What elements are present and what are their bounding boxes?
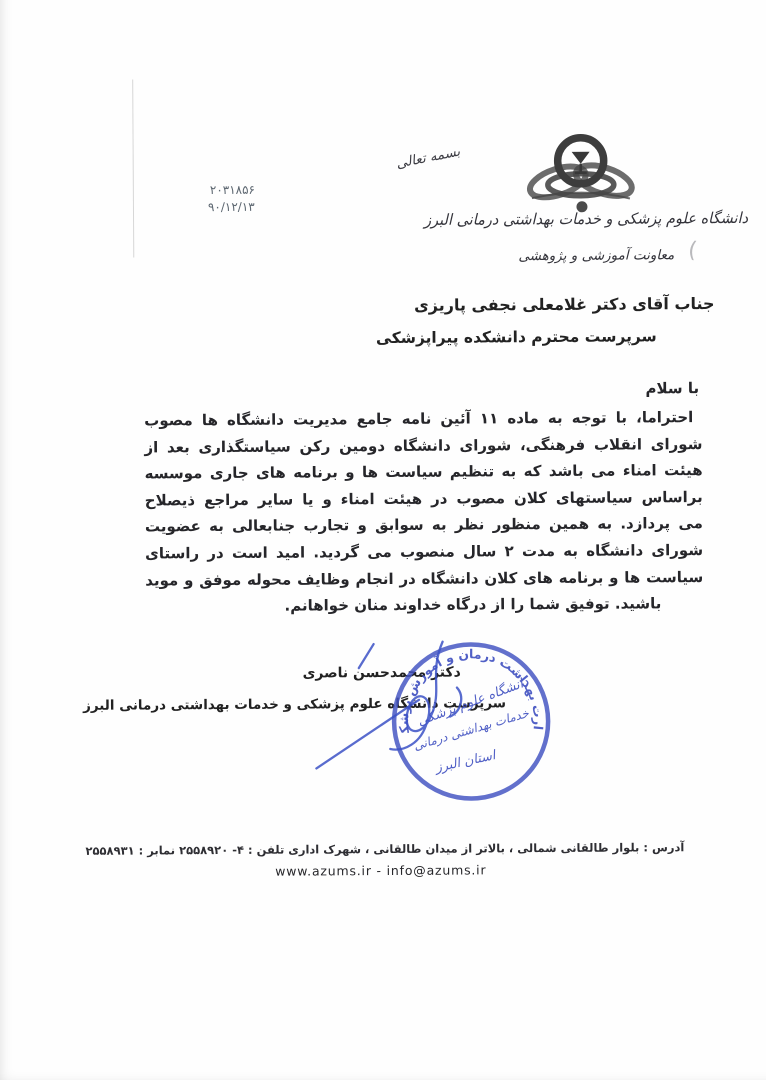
body-line: هیئت امناء می باشد که به تنظیم سیاست ها … [145,457,703,487]
bismillah-calligraphy: بسمه تعالی [395,143,462,171]
body-line: احتراما، با توجه به ماده ۱۱ آئین نامه جا… [144,404,702,434]
body-line: شورای انقلاب فرهنگی، شورای دانشگاه دومین… [144,431,702,461]
body-line: شورای دانشگاه به مدت ۲ سال منصوب می گردی… [145,537,703,567]
body-line: سیاست ها و برنامه های کلان دانشگاه در ان… [145,564,703,594]
recipient-name: جناب آقای دکتر غلامعلی نجفی پاریزی [414,294,715,315]
deputy-line: معاونت آموزشی و پژوهشی [534,247,674,264]
letter-body: احتراما، با توجه به ماده ۱۱ آئین نامه جا… [144,404,703,620]
scan-pen-mark: ( [687,238,699,264]
letter-date: ۹۰/۱۲/۱۳ [208,200,255,214]
body-line: می پردازد. به همین منظور نظر به سوابق و … [145,510,703,540]
salutation: با سلام [645,379,699,397]
ministry-of-health-emblem-icon [521,120,640,221]
footer-address: آدرس : بلوار طالقانی شمالی ، بالاتر از م… [85,840,684,858]
university-name: دانشگاه علوم پزشکی و خدمات بهداشتی درمان… [486,210,748,228]
body-line: باشید. توفیق شما را از درگاه خداوند منان… [145,590,703,620]
letter-content: ( بسمه تعالی ۲۰۳۱۸۵۶ ۹۰/۱۲/۱۳ دانشگاه عل… [0,0,766,1080]
recipient-title: سرپرست محترم دانشکده پیراپزشکی [376,327,657,347]
reference-number: ۲۰۳۱۸۵۶ [210,183,255,197]
footer-web: www.azums.ir - info@azums.ir [275,862,486,878]
scanned-letter: ( بسمه تعالی ۲۰۳۱۸۵۶ ۹۰/۱۲/۱۳ دانشگاه عل… [0,0,766,1080]
scan-fold-artifact [132,80,134,258]
body-line: براساس سیاستهای کلان مصوب در هیئت امناء … [145,484,703,514]
signature-scribble [290,619,531,800]
